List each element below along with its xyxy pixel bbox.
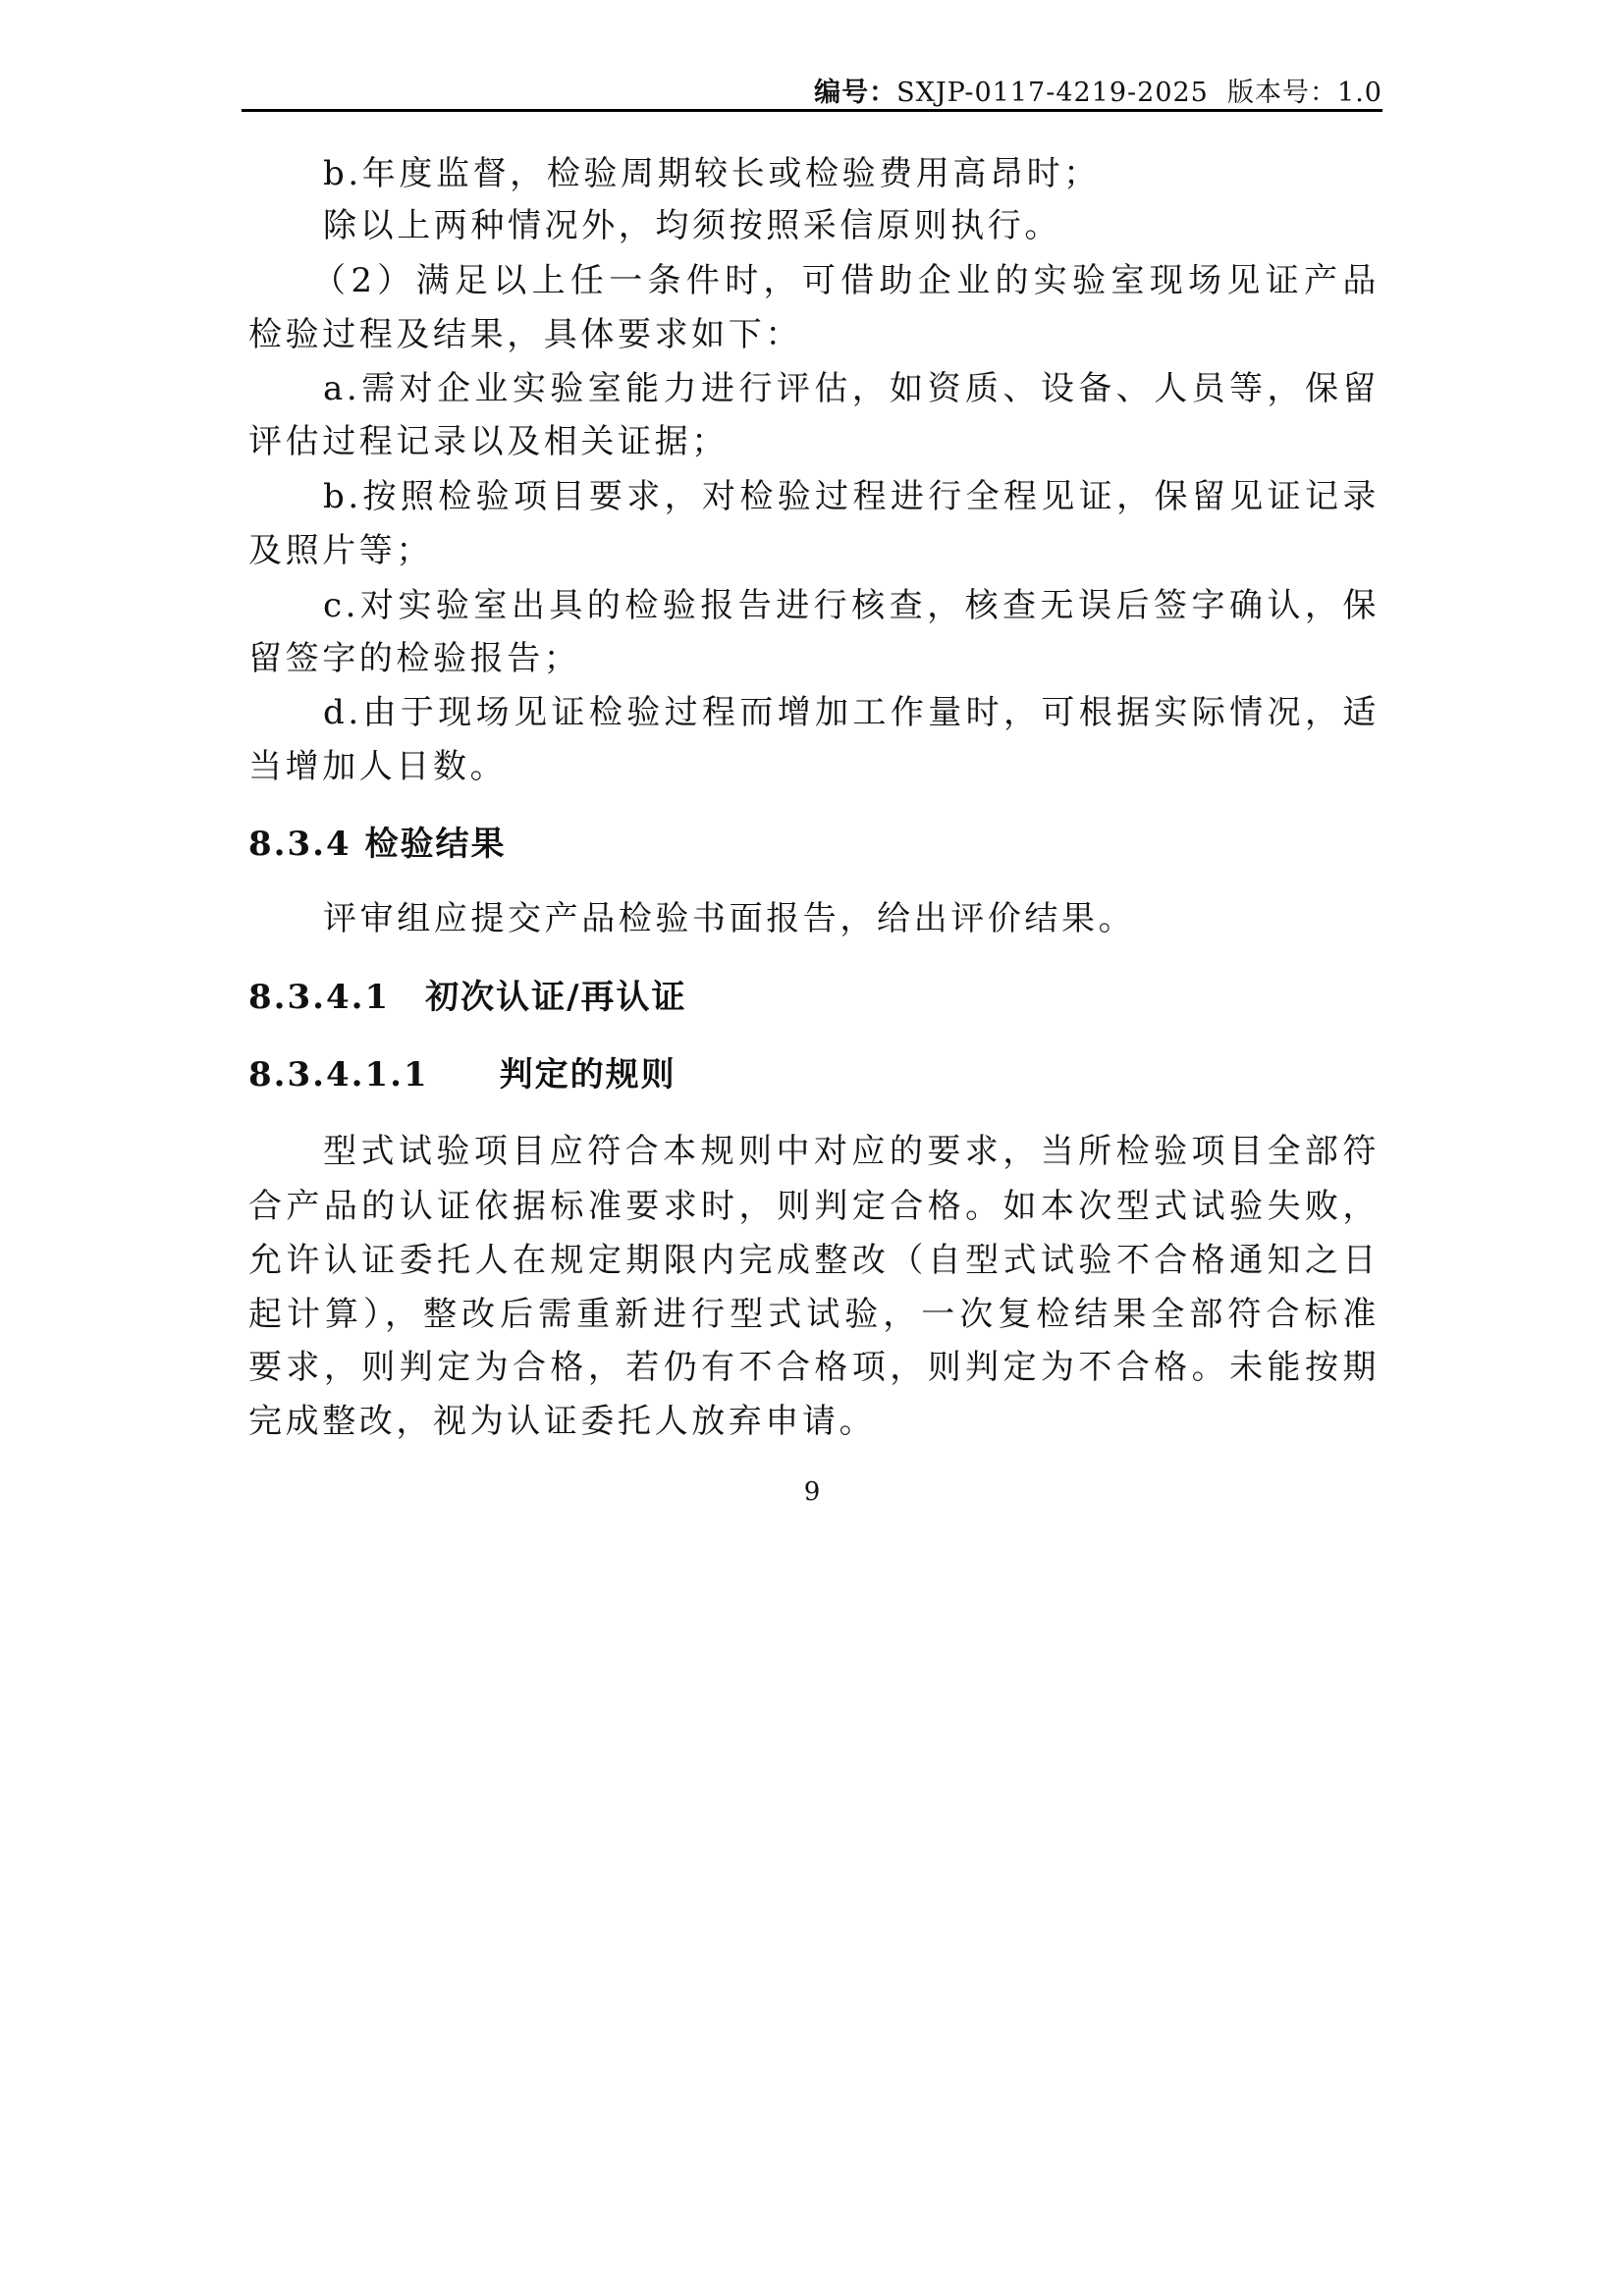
paragraph-line: 及照片等； — [248, 529, 1380, 572]
paragraph-line: 检验过程及结果，具体要求如下： — [248, 313, 1380, 356]
section-heading-8-3-4-1-1: 8.3.4.1.1 判定的规则 — [248, 1053, 1380, 1096]
page-number: 9 — [0, 1477, 1624, 1507]
version-label: 版本号： — [1227, 78, 1337, 108]
doc-number-value: SXJP-0117-4219-2025 — [896, 78, 1209, 108]
paragraph-line: 除以上两种情况外，均须按照采信原则执行。 — [323, 204, 1380, 247]
paragraph-line: 型式试验项目应符合本规则中对应的要求，当所检验项目全部符 — [323, 1130, 1380, 1173]
paragraph-line: 当增加人日数。 — [248, 745, 1380, 788]
paragraph-line: 起计算），整改后需重新进行型式试验，一次复检结果全部符合标准 — [248, 1293, 1380, 1336]
paragraph-line: 评审组应提交产品检验书面报告，给出评价结果。 — [323, 897, 1380, 940]
section-heading-8-3-4-1: 8.3.4.1 初次认证/再认证 — [248, 976, 1380, 1019]
paragraph-line: b.按照检验项目要求，对检验过程进行全程见证，保留见证记录 — [323, 475, 1380, 518]
document-header: 编号：SXJP-0117-4219-2025 版本号：1.0 — [242, 77, 1382, 110]
paragraph-line: 合产品的认证依据标准要求时，则判定合格。如本次型式试验失败， — [248, 1185, 1380, 1228]
paragraph-line: 允许认证委托人在规定期限内完成整改（自型式试验不合格通知之日 — [248, 1239, 1380, 1282]
paragraph-line: d.由于现场见证检验过程而增加工作量时，可根据实际情况，适 — [323, 691, 1380, 734]
paragraph-line: 完成整改，视为认证委托人放弃申请。 — [248, 1400, 1380, 1443]
header-divider — [242, 109, 1382, 112]
paragraph-line: 评估过程记录以及相关证据； — [248, 420, 1380, 463]
paragraph-line: 留签字的检验报告； — [248, 637, 1380, 680]
version-value: 1.0 — [1337, 78, 1382, 108]
paragraph-line: （2）满足以上任一条件时，可借助企业的实验室现场见证产品 — [312, 259, 1380, 302]
paragraph-line: c.对实验室出具的检验报告进行核查，核查无误后签字确认，保 — [323, 584, 1380, 627]
doc-number-label: 编号： — [814, 78, 896, 108]
section-heading-8-3-4: 8.3.4 检验结果 — [248, 823, 1380, 866]
paragraph-line: a.需对企业实验室能力进行评估，如资质、设备、人员等，保留 — [323, 367, 1380, 410]
paragraph-line: b.年度监督，检验周期较长或检验费用高昂时； — [323, 152, 1380, 195]
paragraph-line: 要求，则判定为合格，若仍有不合格项，则判定为不合格。未能按期 — [248, 1346, 1380, 1389]
